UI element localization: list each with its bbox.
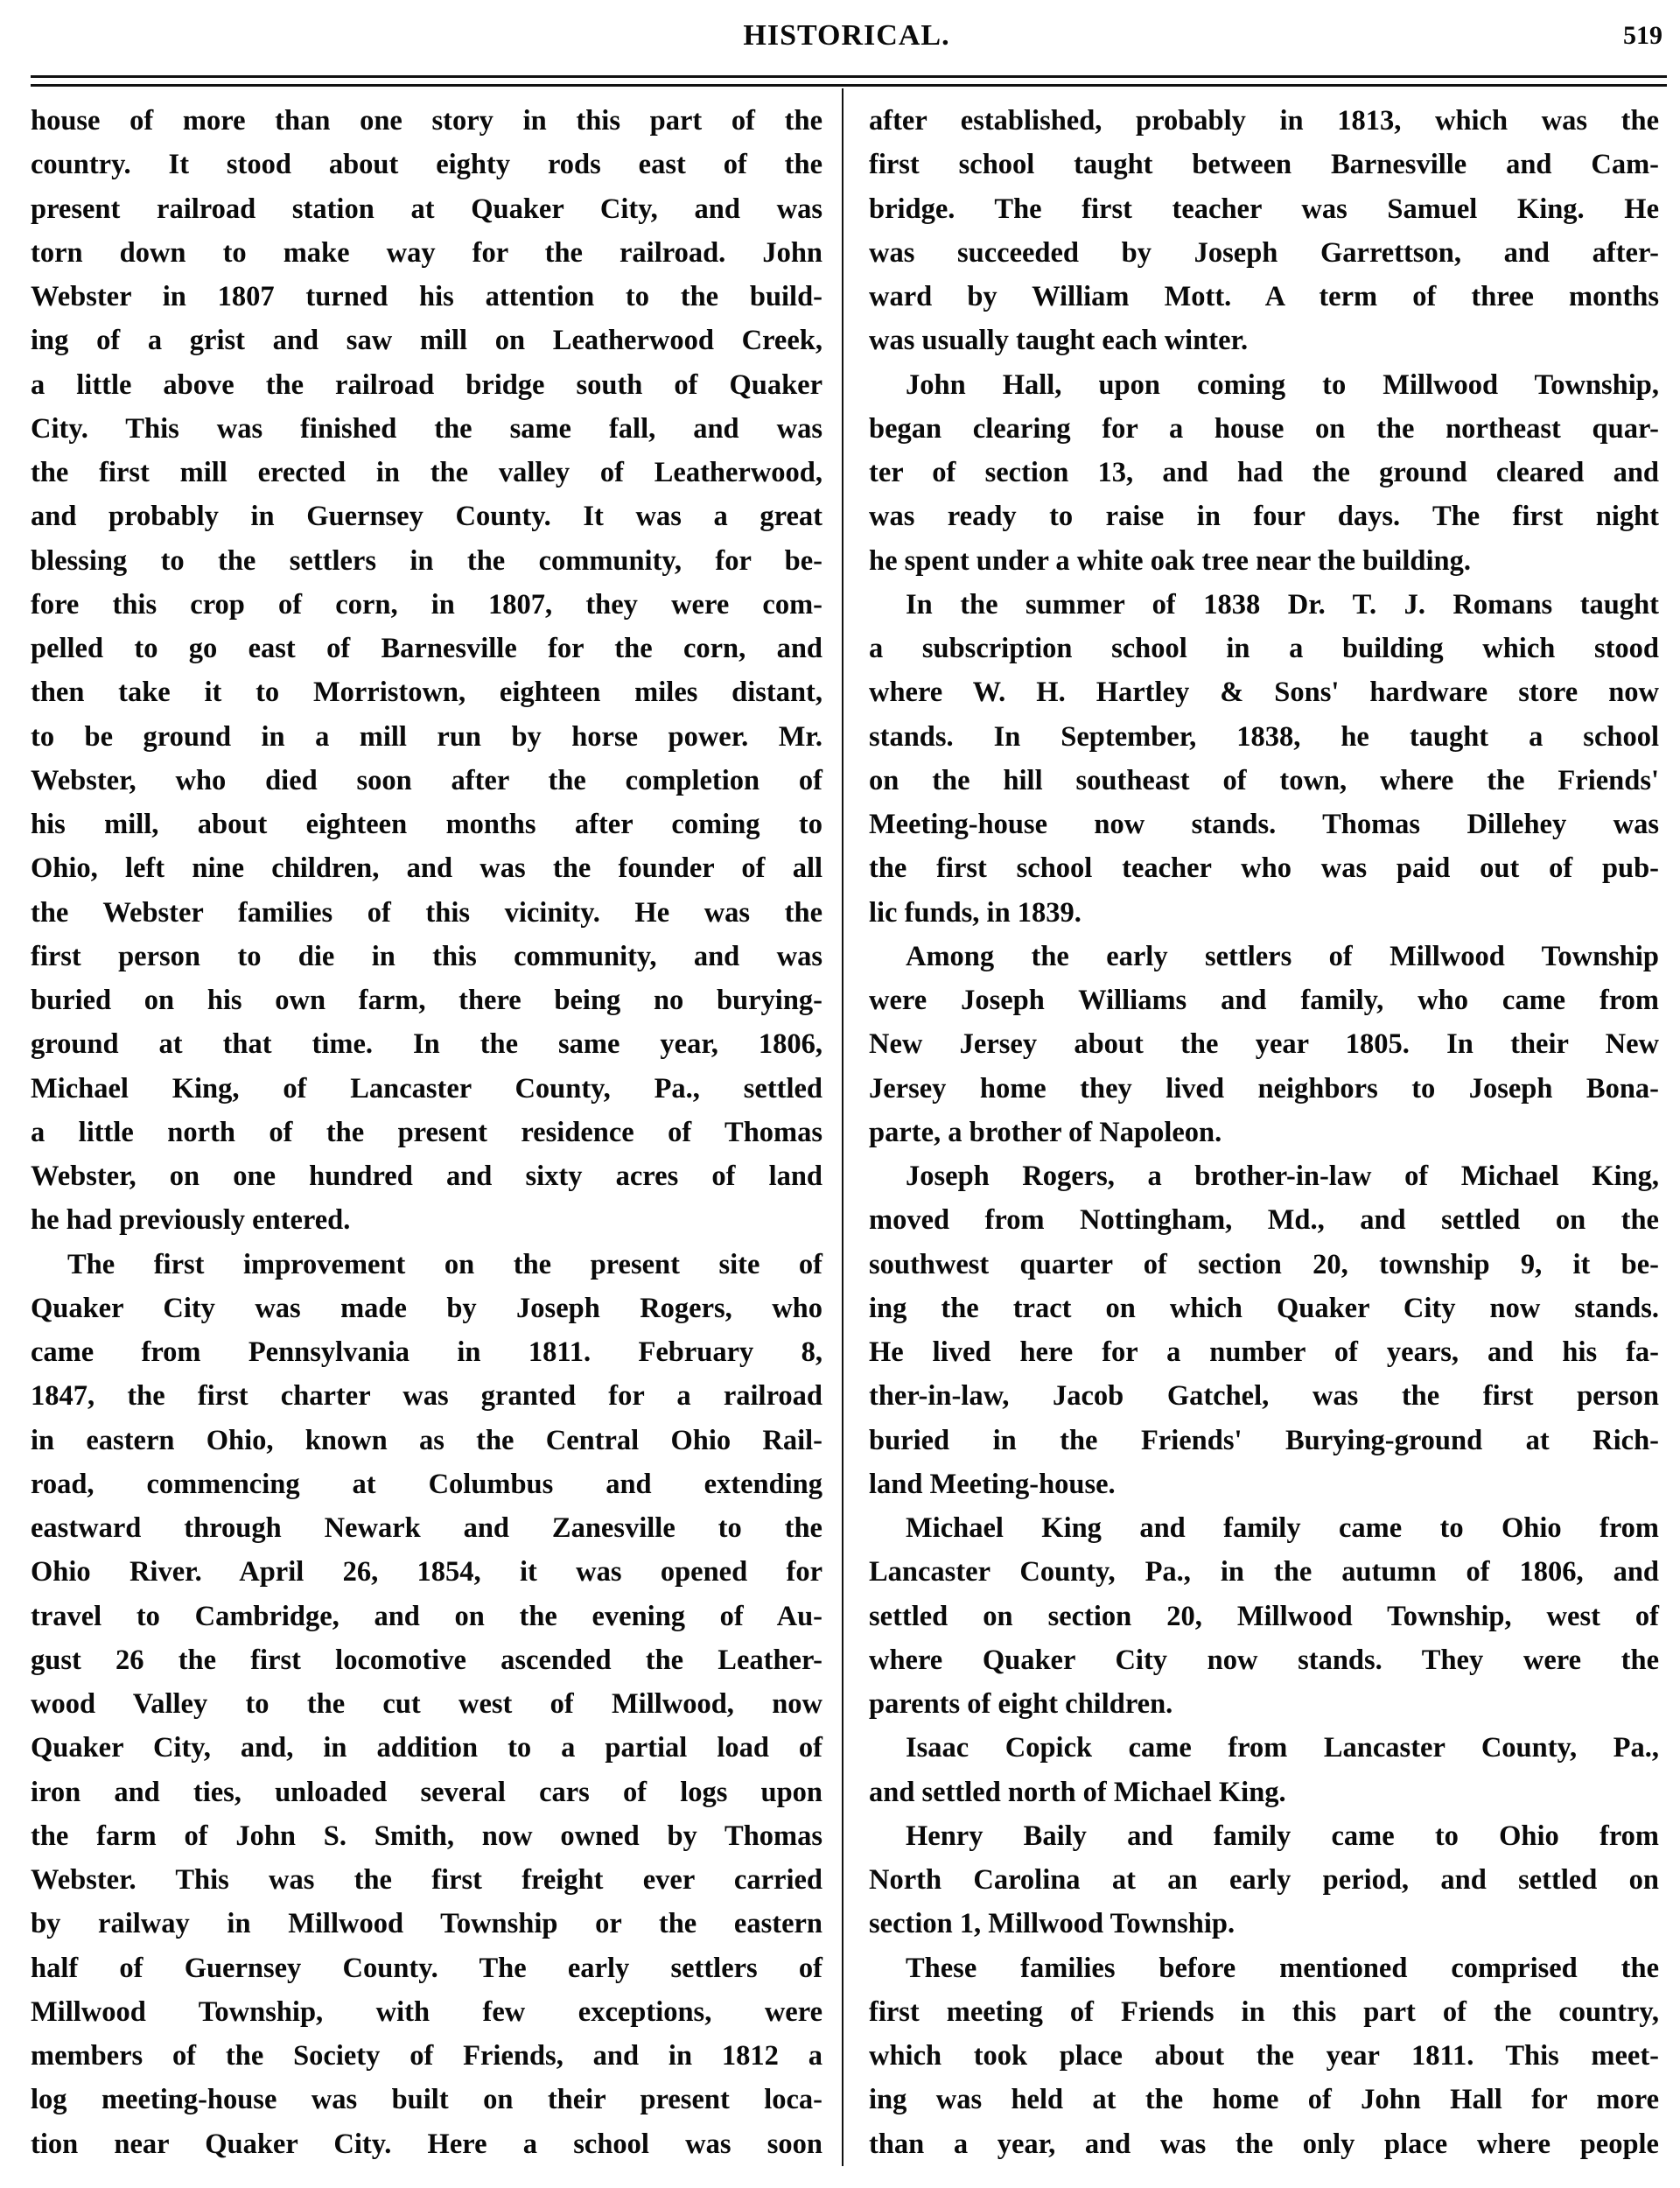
text-line: These families before mentioned comprise… <box>869 1946 1659 1990</box>
text-line: Michael King and family came to Ohio fro… <box>869 1506 1659 1550</box>
left-column: house of more than one story in this par… <box>31 99 822 2166</box>
text-line: first meeting of Friends in this part of… <box>869 1990 1659 2034</box>
column-divider <box>842 88 843 2166</box>
text-line: ward by William Mott. A term of three mo… <box>869 275 1659 319</box>
paragraph: Isaac Copick came from Lancaster County,… <box>869 1726 1659 1814</box>
text-line: gust 26 the first locomotive ascended th… <box>31 1638 822 1682</box>
right-column: after established, probably in 1813, whi… <box>869 99 1659 2166</box>
text-line: fore this crop of corn, in 1807, they we… <box>31 583 822 627</box>
text-line: ter of section 13, and had the ground cl… <box>869 451 1659 494</box>
text-line: ing was held at the home of John Hall fo… <box>869 2078 1659 2121</box>
text-line: John Hall, upon coming to Millwood Towns… <box>869 363 1659 407</box>
text-line: Meeting-house now stands. Thomas Dillehe… <box>869 803 1659 846</box>
text-line: to be ground in a mill run by horse powe… <box>31 715 822 759</box>
text-line: Henry Baily and family came to Ohio from <box>869 1814 1659 1858</box>
text-line: lic funds, in 1839. <box>869 891 1659 935</box>
text-line: settled on section 20, Millwood Township… <box>869 1595 1659 1638</box>
text-line: the farm of John S. Smith, now owned by … <box>31 1814 822 1858</box>
text-line: Ohio, left nine children, and was the fo… <box>31 846 822 890</box>
text-line: where W. H. Hartley & Sons' hardware sto… <box>869 670 1659 714</box>
running-title: HISTORICAL. <box>0 19 1680 53</box>
text-line: stands. In September, 1838, he taught a … <box>869 715 1659 759</box>
text-line: Among the early settlers of Millwood Tow… <box>869 935 1659 978</box>
text-line: members of the Society of Friends, and i… <box>31 2034 822 2078</box>
text-line: bridge. The first teacher was Samuel Kin… <box>869 187 1659 231</box>
text-line: travel to Cambridge, and on the evening … <box>31 1595 822 1638</box>
text-line: ing of a grist and saw mill on Leatherwo… <box>31 319 822 362</box>
text-line: and probably in Guernsey County. It was … <box>31 494 822 538</box>
text-line: country. It stood about eighty rods east… <box>31 143 822 186</box>
text-line: on the hill southeast of town, where the… <box>869 759 1659 803</box>
text-line: parents of eight children. <box>869 1682 1659 1726</box>
text-line: New Jersey about the year 1805. In their… <box>869 1022 1659 1066</box>
text-line: after established, probably in 1813, whi… <box>869 99 1659 143</box>
paragraph: In the summer of 1838 Dr. T. J. Romans t… <box>869 583 1659 935</box>
text-line: were Joseph Williams and family, who cam… <box>869 978 1659 1022</box>
text-line: a little north of the present residence … <box>31 1111 822 1154</box>
text-line: Lancaster County, Pa., in the autumn of … <box>869 1550 1659 1594</box>
text-line: where Quaker City now stands. They were … <box>869 1638 1659 1682</box>
text-line: was succeeded by Joseph Garrettson, and … <box>869 231 1659 275</box>
text-line: ther-in-law, Jacob Gatchel, was the firs… <box>869 1374 1659 1418</box>
text-line: a little above the railroad bridge south… <box>31 363 822 407</box>
text-line: Webster, on one hundred and sixty acres … <box>31 1154 822 1198</box>
text-line: which took place about the year 1811. Th… <box>869 2034 1659 2078</box>
paragraph: after established, probably in 1813, whi… <box>869 99 1659 363</box>
page-number: 519 <box>1623 21 1662 51</box>
text-line: half of Guernsey County. The early settl… <box>31 1946 822 1990</box>
text-line: log meeting-house was built on their pre… <box>31 2078 822 2121</box>
text-line: then take it to Morristown, eighteen mil… <box>31 670 822 714</box>
text-line: 1847, the first charter was granted for … <box>31 1374 822 1418</box>
paragraph: John Hall, upon coming to Millwood Towns… <box>869 363 1659 583</box>
text-line: Quaker City was made by Joseph Rogers, w… <box>31 1287 822 1330</box>
text-line: the first mill erected in the valley of … <box>31 451 822 494</box>
text-line: first school taught between Barnesville … <box>869 143 1659 186</box>
text-line: the first school teacher who was paid ou… <box>869 846 1659 890</box>
text-line: Webster. This was the first freight ever… <box>31 1858 822 1902</box>
text-line: pelled to go east of Barnesville for the… <box>31 627 822 670</box>
text-line: Millwood Township, with few exceptions, … <box>31 1990 822 2034</box>
text-line: by railway in Millwood Township or the e… <box>31 1902 822 1946</box>
text-line: Isaac Copick came from Lancaster County,… <box>869 1726 1659 1770</box>
paragraph: Michael King and family came to Ohio fro… <box>869 1506 1659 1726</box>
text-line: ground at that time. In the same year, 1… <box>31 1022 822 1066</box>
text-line: The first improvement on the present sit… <box>31 1243 822 1287</box>
text-line: was ready to raise in four days. The fir… <box>869 494 1659 538</box>
text-line: In the summer of 1838 Dr. T. J. Romans t… <box>869 583 1659 627</box>
text-line: began clearing for a house on the northe… <box>869 407 1659 451</box>
text-line: Joseph Rogers, a brother-in-law of Micha… <box>869 1154 1659 1198</box>
text-line: came from Pennsylvania in 1811. February… <box>31 1330 822 1374</box>
header-rule-bottom <box>31 84 1667 87</box>
text-line: North Carolina at an early period, and s… <box>869 1858 1659 1902</box>
paragraph: Among the early settlers of Millwood Tow… <box>869 935 1659 1154</box>
text-line: parte, a brother of Napoleon. <box>869 1111 1659 1154</box>
text-line: he spent under a white oak tree near the… <box>869 539 1659 583</box>
text-line: house of more than one story in this par… <box>31 99 822 143</box>
text-line: his mill, about eighteen months after co… <box>31 803 822 846</box>
text-line: buried in the Friends' Burying-ground at… <box>869 1419 1659 1462</box>
text-line: road, commencing at Columbus and extendi… <box>31 1462 822 1506</box>
text-line: Quaker City, and, in addition to a parti… <box>31 1726 822 1770</box>
paragraph: The first improvement on the present sit… <box>31 1243 822 2166</box>
text-line: section 1, Millwood Township. <box>869 1902 1659 1946</box>
text-line: blessing to the settlers in the communit… <box>31 539 822 583</box>
text-line: buried on his own farm, there being no b… <box>31 978 822 1022</box>
text-line: Webster, who died soon after the complet… <box>31 759 822 803</box>
text-line: eastward through Newark and Zanesville t… <box>31 1506 822 1550</box>
text-line: a subscription school in a building whic… <box>869 627 1659 670</box>
text-line: and settled north of Michael King. <box>869 1771 1659 1814</box>
text-line: first person to die in this community, a… <box>31 935 822 978</box>
text-line: Webster in 1807 turned his attention to … <box>31 275 822 319</box>
running-head: HISTORICAL. 519 <box>0 19 1680 63</box>
text-line: the Webster families of this vicinity. H… <box>31 891 822 935</box>
text-line: Jersey home they lived neighbors to Jose… <box>869 1067 1659 1111</box>
text-line: than a year, and was the only place wher… <box>869 2122 1659 2166</box>
text-line: Ohio River. April 26, 1854, it was opene… <box>31 1550 822 1594</box>
text-line: present railroad station at Quaker City,… <box>31 187 822 231</box>
text-line: he had previously entered. <box>31 1198 822 1242</box>
paragraph: house of more than one story in this par… <box>31 99 822 1243</box>
text-line: moved from Nottingham, Md., and settled … <box>869 1198 1659 1242</box>
text-line: wood Valley to the cut west of Millwood,… <box>31 1682 822 1726</box>
text-line: tion near Quaker City. Here a school was… <box>31 2122 822 2166</box>
paragraph: Joseph Rogers, a brother-in-law of Micha… <box>869 1154 1659 1506</box>
paragraph: Henry Baily and family came to Ohio from… <box>869 1814 1659 1946</box>
text-line: Michael King, of Lancaster County, Pa., … <box>31 1067 822 1111</box>
paragraph: These families before mentioned comprise… <box>869 1946 1659 2166</box>
text-line: ing the tract on which Quaker City now s… <box>869 1287 1659 1330</box>
text-line: southwest quarter of section 20, townshi… <box>869 1243 1659 1287</box>
text-line: iron and ties, unloaded several cars of … <box>31 1771 822 1814</box>
text-line: torn down to make way for the railroad. … <box>31 231 822 275</box>
text-line: City. This was finished the same fall, a… <box>31 407 822 451</box>
text-line: He lived here for a number of years, and… <box>869 1330 1659 1374</box>
header-rule-top <box>31 75 1667 78</box>
text-line: in eastern Ohio, known as the Central Oh… <box>31 1419 822 1462</box>
text-line: was usually taught each winter. <box>869 319 1659 362</box>
text-line: land Meeting-house. <box>869 1462 1659 1506</box>
